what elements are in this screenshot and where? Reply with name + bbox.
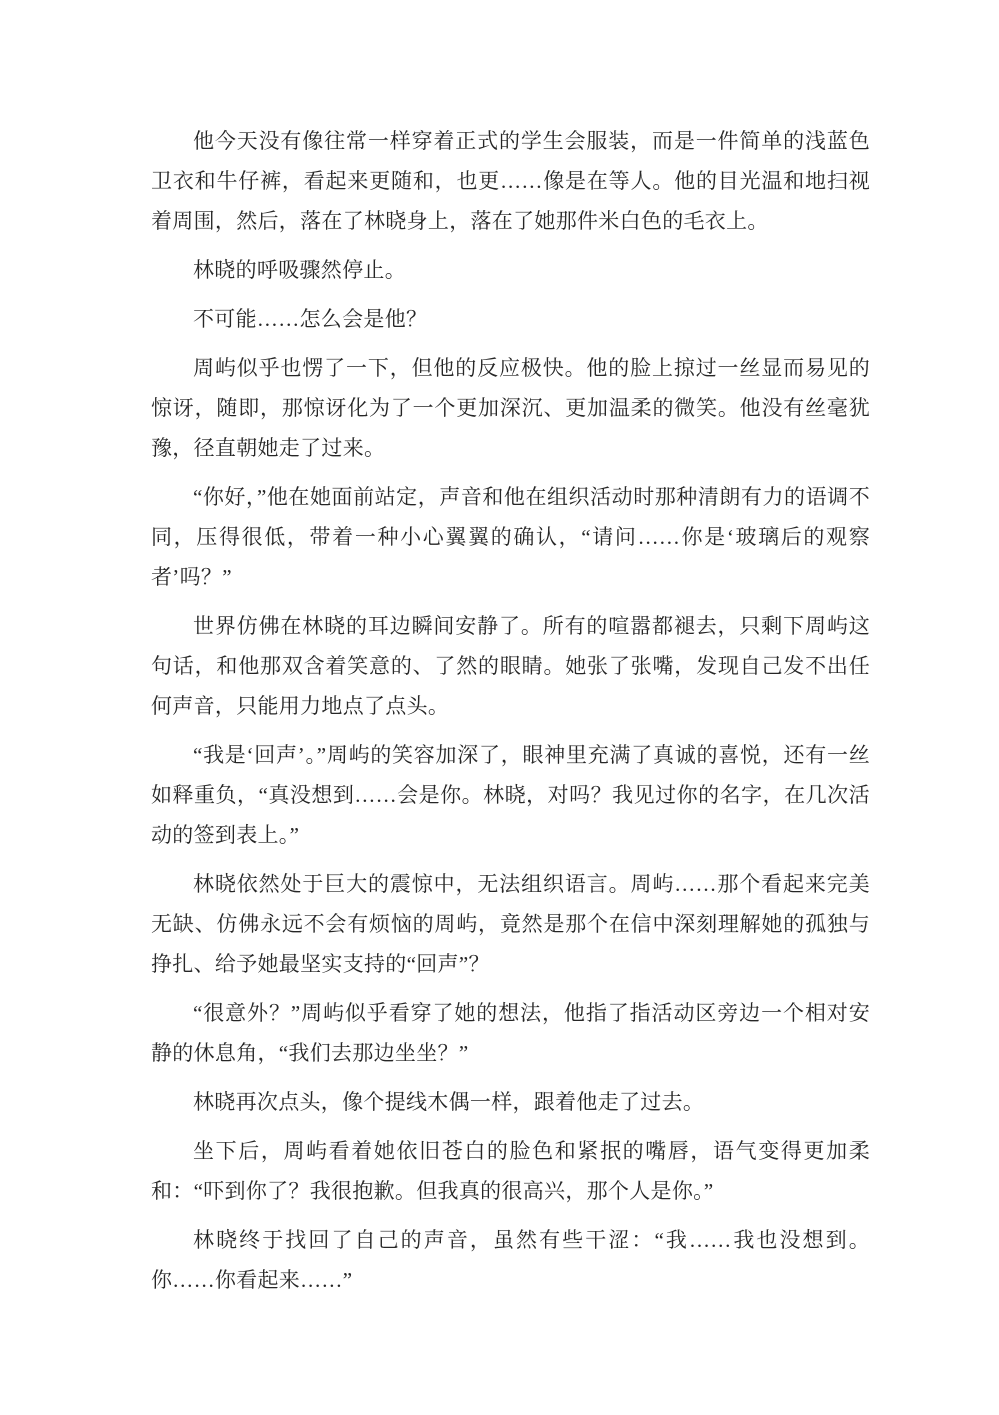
- paragraph: 他今天没有像往常一样穿着正式的学生会服装，而是一件简单的浅蓝色卫衣和牛仔裤，看起…: [151, 121, 870, 241]
- paragraph: 林晓依然处于巨大的震惊中，无法组织语言。周屿……那个看起来完美无缺、仿佛永远不会…: [151, 864, 870, 984]
- document-page: 他今天没有像往常一样穿着正式的学生会服装，而是一件简单的浅蓝色卫衣和牛仔裤，看起…: [151, 121, 870, 1300]
- paragraph: 不可能……怎么会是他？: [151, 299, 870, 339]
- paragraph: “我是‘回声’。”周屿的笑容加深了，眼神里充满了真诚的喜悦，还有一丝如释重负，“…: [151, 735, 870, 855]
- paragraph: 林晓再次点头，像个提线木偶一样，跟着他走了过去。: [151, 1082, 870, 1122]
- document-background: { "document": { "paragraphs": [ "他今天没有像往…: [0, 0, 999, 1415]
- paragraph: 坐下后，周屿看着她依旧苍白的脸色和紧抿的嘴唇，语气变得更加柔和：“吓到你了？我很…: [151, 1131, 870, 1211]
- paragraph: “很意外？”周屿似乎看穿了她的想法，他指了指活动区旁边一个相对安静的休息角，“我…: [151, 993, 870, 1073]
- paragraph: 林晓的呼吸骤然停止。: [151, 250, 870, 290]
- paragraph: 世界仿佛在林晓的耳边瞬间安静了。所有的喧嚣都褪去，只剩下周屿这句话，和他那双含着…: [151, 606, 870, 726]
- paragraph: 周屿似乎也愣了一下，但他的反应极快。他的脸上掠过一丝显而易见的惊讶，随即，那惊讶…: [151, 348, 870, 468]
- paragraph: 林晓终于找回了自己的声音，虽然有些干涩：“我……我也没想到。你……你看起来……”: [151, 1220, 870, 1300]
- paragraph: “你好，”他在她面前站定，声音和他在组织活动时那种清朗有力的语调不同，压得很低，…: [151, 477, 870, 597]
